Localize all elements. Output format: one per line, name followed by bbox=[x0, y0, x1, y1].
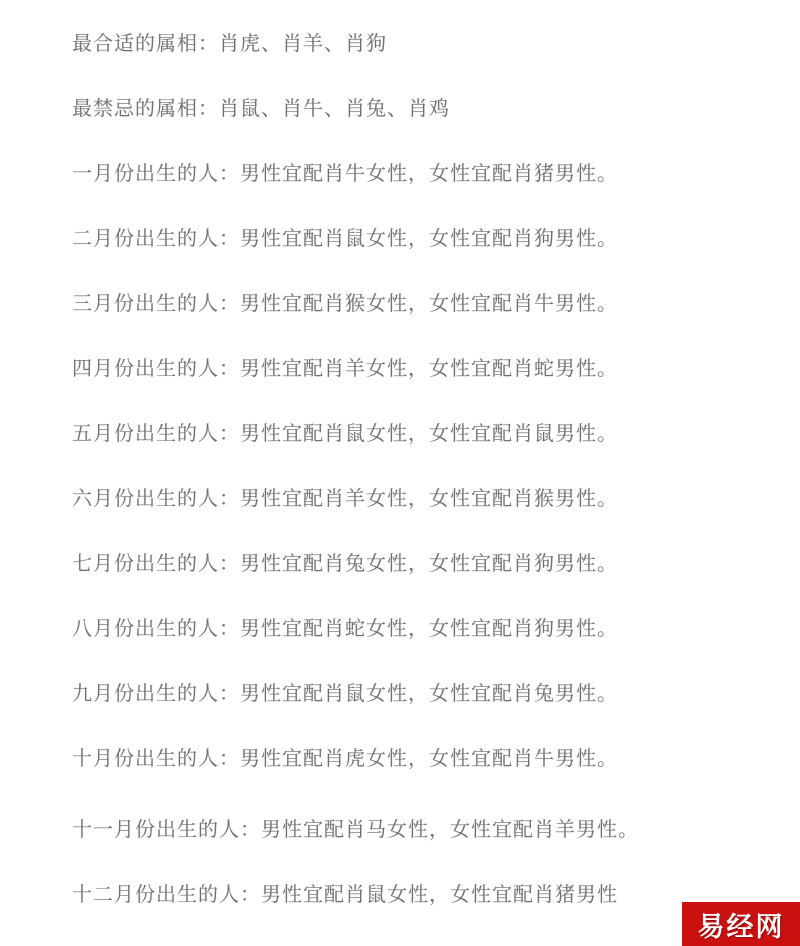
line-month-6: 六月份出生的人：男性宜配肖羊女性，女性宜配肖猴男性。 bbox=[72, 488, 780, 510]
line-best-match: 最合适的属相：肖虎、肖羊、肖狗 bbox=[72, 33, 780, 55]
line-month-2: 二月份出生的人：男性宜配肖鼠女性，女性宜配肖狗男性。 bbox=[72, 228, 780, 250]
line-month-12: 十二月份出生的人：男性宜配肖鼠女性，女性宜配肖猪男性 bbox=[72, 884, 780, 906]
watermark-badge: 易经网 bbox=[682, 902, 800, 946]
line-month-4: 四月份出生的人：男性宜配肖羊女性，女性宜配肖蛇男性。 bbox=[72, 358, 780, 380]
page: { "page": { "background": "#ffffff", "te… bbox=[0, 0, 800, 946]
article-body: 最合适的属相：肖虎、肖羊、肖狗 最禁忌的属相：肖鼠、肖牛、肖兔、肖鸡 一月份出生… bbox=[72, 33, 780, 906]
watermark-label: 易经网 bbox=[698, 905, 785, 944]
line-worst-match: 最禁忌的属相：肖鼠、肖牛、肖兔、肖鸡 bbox=[72, 98, 780, 120]
line-month-1: 一月份出生的人：男性宜配肖牛女性，女性宜配肖猪男性。 bbox=[72, 163, 780, 185]
line-month-5: 五月份出生的人：男性宜配肖鼠女性，女性宜配肖鼠男性。 bbox=[72, 423, 780, 445]
line-month-11: 十一月份出生的人：男性宜配肖马女性，女性宜配肖羊男性。 bbox=[72, 819, 780, 841]
line-month-3: 三月份出生的人：男性宜配肖猴女性，女性宜配肖牛男性。 bbox=[72, 293, 780, 315]
line-month-10: 十月份出生的人：男性宜配肖虎女性，女性宜配肖牛男性。 bbox=[72, 748, 780, 770]
line-month-8: 八月份出生的人：男性宜配肖蛇女性，女性宜配肖狗男性。 bbox=[72, 618, 780, 640]
line-month-7: 七月份出生的人：男性宜配肖兔女性，女性宜配肖狗男性。 bbox=[72, 553, 780, 575]
line-month-9: 九月份出生的人：男性宜配肖鼠女性，女性宜配肖兔男性。 bbox=[72, 683, 780, 705]
